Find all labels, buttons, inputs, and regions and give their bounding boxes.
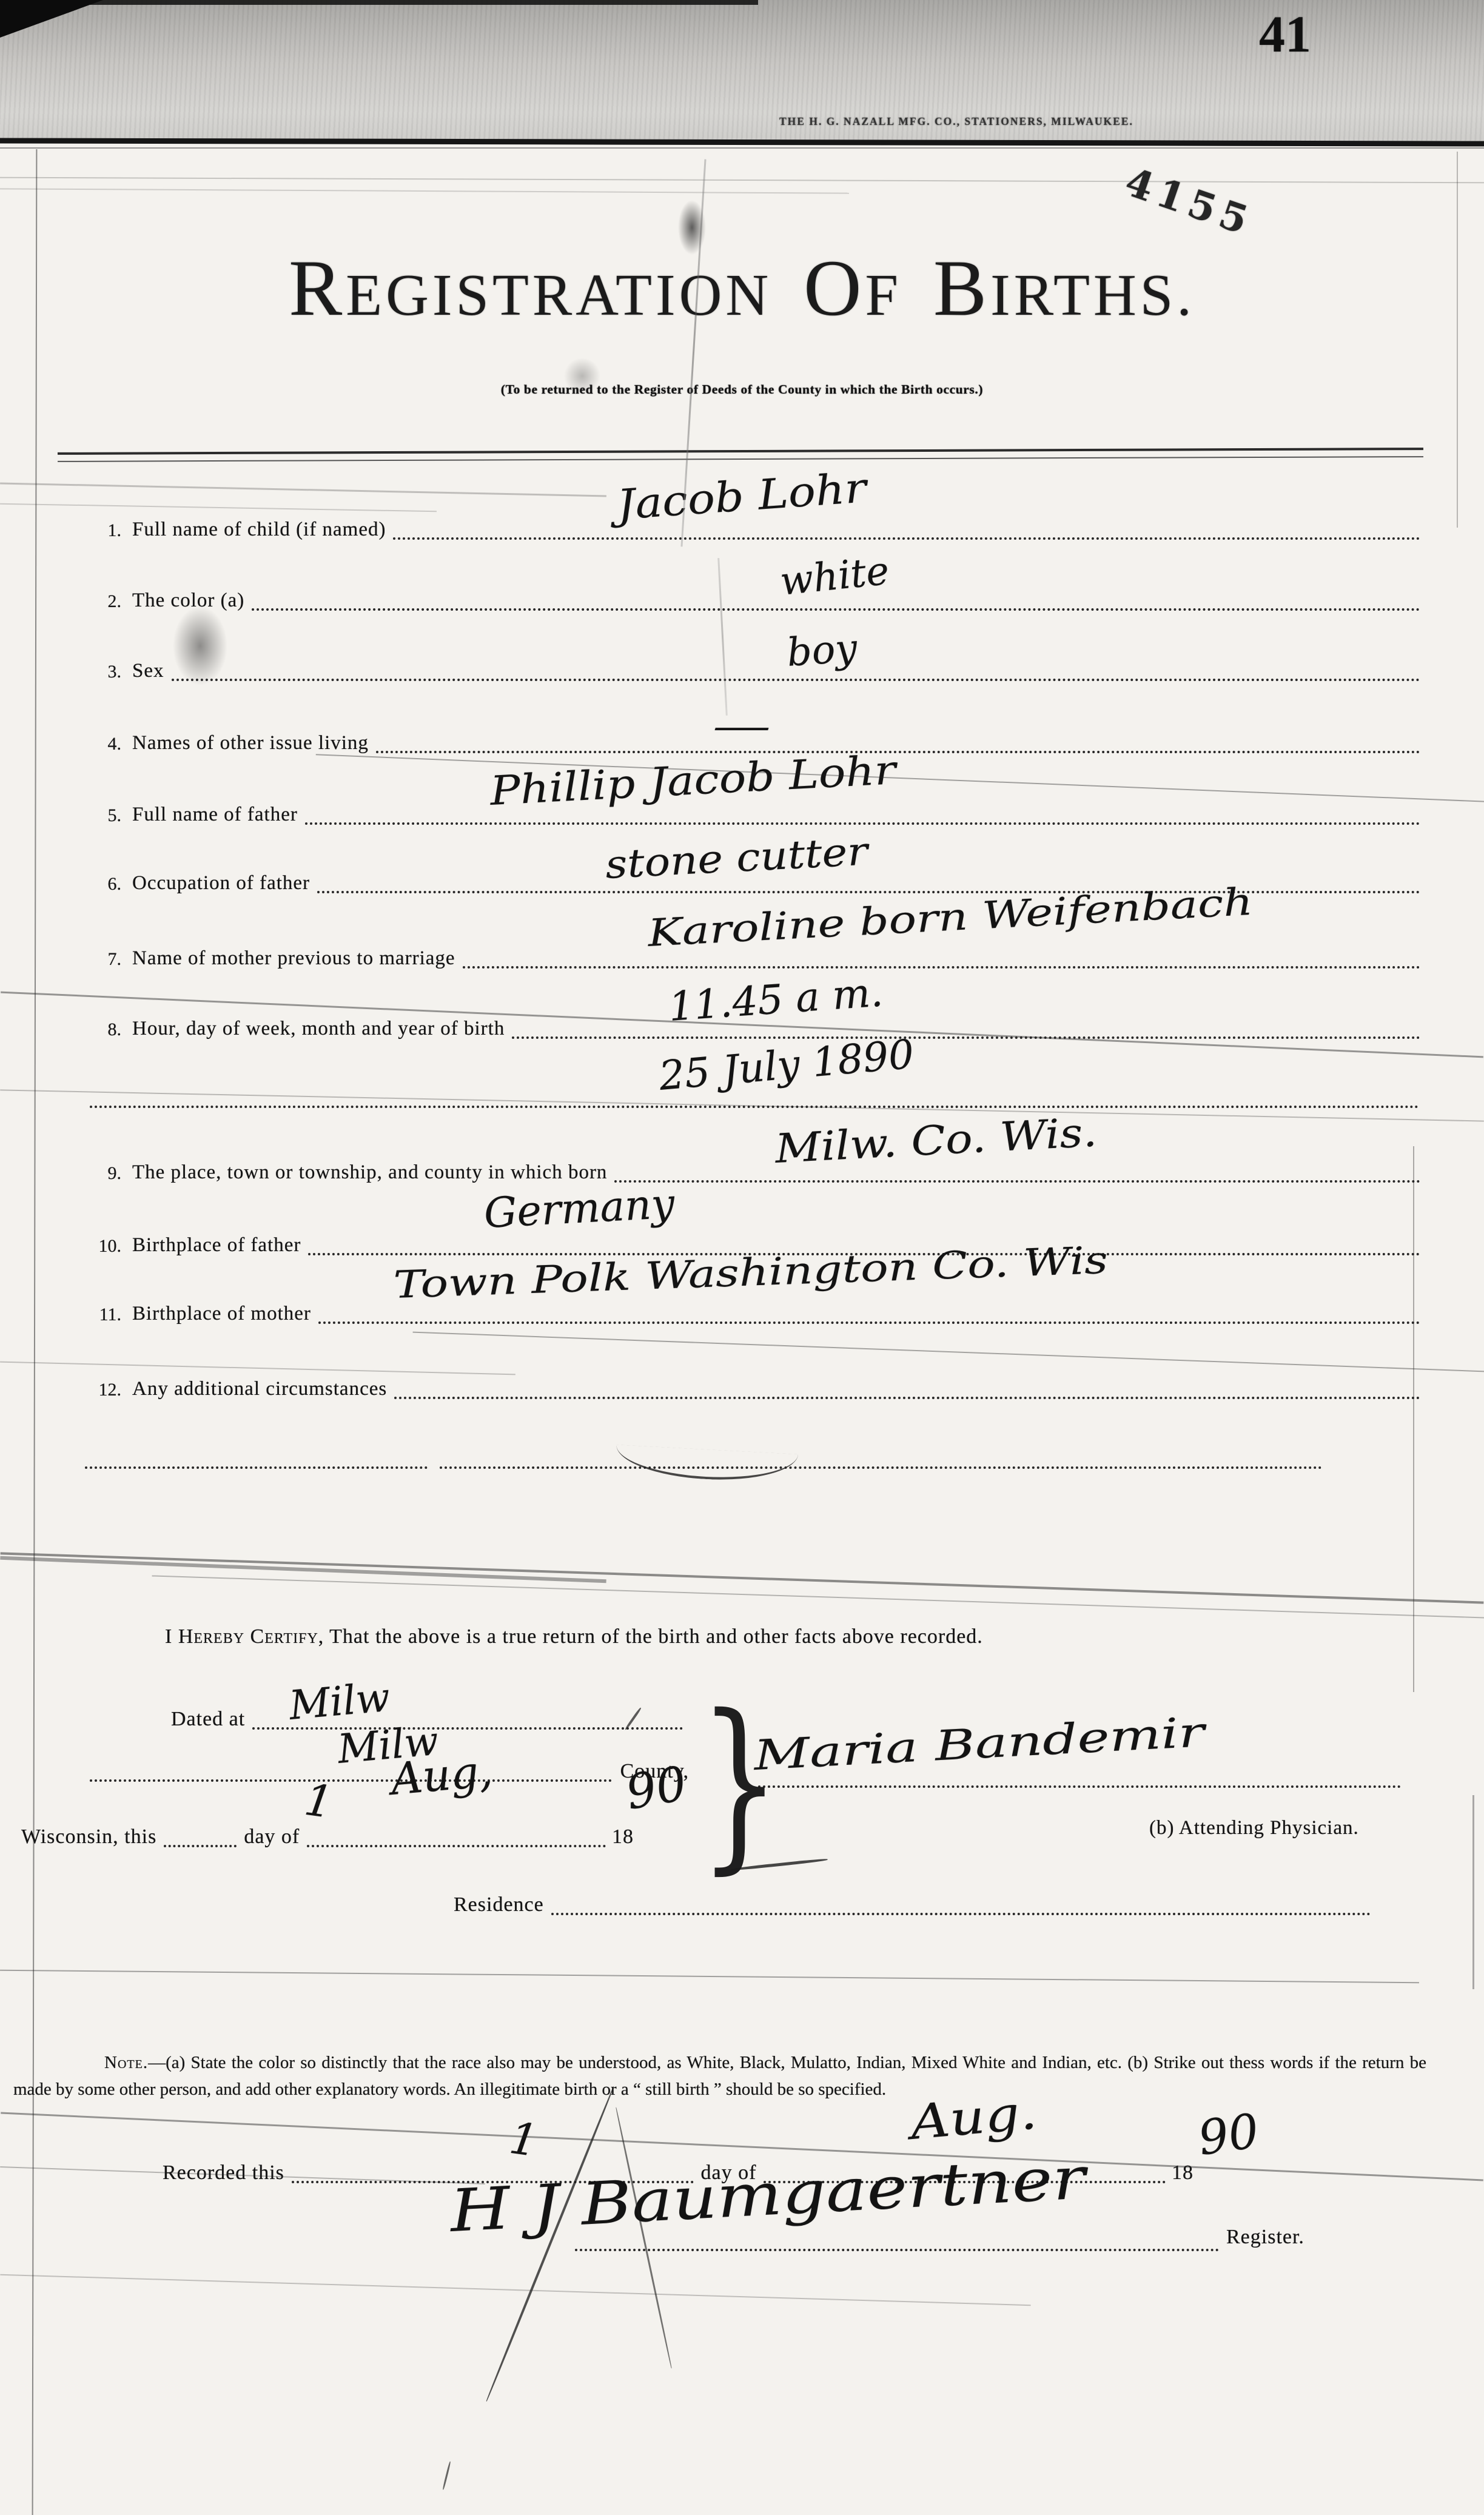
- field-number: 3.: [90, 663, 121, 681]
- title-word: of: [804, 241, 902, 334]
- handwriting-year: 90: [622, 1760, 690, 1817]
- curly-brace: }: [699, 1691, 781, 1876]
- field-row-11: 11. Birthplace of mother: [90, 1294, 1420, 1324]
- ink-smudge: [564, 358, 600, 394]
- certify-intro: I Hereby Certify,: [165, 1625, 324, 1648]
- dotted-line-extra: [440, 1466, 1322, 1469]
- dotted-line: [317, 891, 1420, 893]
- field-number: 6.: [90, 875, 121, 893]
- year-prefix: 18: [612, 1827, 634, 1847]
- dotted-line-extra: [85, 1466, 428, 1469]
- pen-flourish: [615, 1445, 798, 1484]
- double-rule: [58, 448, 1423, 462]
- residence-row: Residence: [454, 1885, 1371, 1915]
- dotted-line: [376, 751, 1420, 753]
- field-number: 5.: [90, 807, 121, 825]
- dotted-line: [318, 1321, 1420, 1324]
- field-row-9: 9. The place, town or township, and coun…: [90, 1152, 1420, 1183]
- dotted-line: [614, 1180, 1420, 1183]
- field-number: 12.: [90, 1381, 121, 1399]
- state-label: Wisconsin, this: [21, 1827, 156, 1847]
- field-label: Hour, day of week, month and year of bir…: [132, 1019, 505, 1039]
- field-label: The color (a): [132, 591, 244, 611]
- dotted-line: [551, 1913, 1371, 1915]
- field-label: Name of mother previous to marriage: [132, 949, 455, 969]
- dotted-line: [512, 1036, 1420, 1039]
- scan-artifact-line: [0, 1970, 1419, 1983]
- field-number: 10.: [90, 1237, 121, 1255]
- day-of-label: day of: [244, 1827, 300, 1847]
- handwriting-father-birthplace: Germany: [483, 1184, 675, 1235]
- page-fold-line-right: [1413, 1146, 1414, 1692]
- residence-label: Residence: [454, 1895, 544, 1915]
- scan-corner-wedge: [0, 0, 103, 38]
- dotted-line: [172, 679, 1421, 681]
- dotted-line: [307, 1845, 606, 1847]
- handwriting-birth-date: 25 July 1890: [657, 1035, 915, 1096]
- dotted-line: [463, 966, 1420, 969]
- pen-stroke: [615, 2107, 672, 2368]
- field-number: 7.: [90, 950, 121, 969]
- field-row-3: 3. Sex: [90, 651, 1420, 681]
- field-label: Sex: [132, 661, 164, 681]
- certify-body: That the above is a true return of the b…: [324, 1625, 983, 1648]
- note-label: Note.: [104, 2053, 148, 2072]
- field-row-2: 2. The color (a): [90, 580, 1420, 611]
- field-number: 1.: [90, 522, 121, 540]
- handwriting-physician-signature: Maria Bandemir: [753, 1712, 1205, 1777]
- scan-artifact-line: [0, 177, 1484, 184]
- field-number: 11.: [90, 1306, 121, 1324]
- attending-physician-label: (b) Attending Physician.: [1149, 1818, 1359, 1838]
- note-body: —(a) State the color so distinctly that …: [13, 2053, 1426, 2099]
- field-row-12: 12. Any additional circumstances: [90, 1369, 1420, 1399]
- dotted-line-signature: [758, 1785, 1401, 1788]
- field-label: Birthplace of mother: [132, 1304, 311, 1324]
- dotted-line: [164, 1845, 237, 1847]
- scan-artifact-line: [0, 483, 606, 497]
- stamped-number: 4155: [1120, 159, 1260, 246]
- pen-stroke: [485, 2086, 614, 2402]
- field-number: 2.: [90, 593, 121, 611]
- field-label: Occupation of father: [132, 873, 310, 893]
- note-paragraph: Note.—(a) State the color so distinctly …: [13, 2050, 1426, 2103]
- handwriting-month: Aug,: [389, 1749, 494, 1801]
- page-edge-line: [1472, 1795, 1474, 1989]
- handwriting-recorded-month: Aug.: [908, 2089, 1038, 2147]
- register-label: Register.: [1226, 2227, 1304, 2248]
- dotted-line: [252, 1727, 683, 1730]
- handwriting-color: white: [778, 552, 891, 602]
- handwriting-dated-at: Milw: [287, 1677, 391, 1726]
- field-number: 4.: [90, 735, 121, 753]
- handwriting-sex: boy: [786, 629, 859, 673]
- title-word: Births.: [933, 241, 1195, 334]
- dotted-line: [90, 1779, 612, 1782]
- field-label: Any additional circumstances: [132, 1379, 387, 1399]
- field-number: 9.: [90, 1164, 121, 1183]
- pen-mark-bottom: [442, 2461, 451, 2490]
- field-number: 8.: [90, 1021, 121, 1039]
- handwriting-recorded-year: 90: [1195, 2107, 1261, 2163]
- dated-at-label: Dated at: [171, 1709, 245, 1730]
- field-label: The place, town or township, and county …: [132, 1163, 607, 1183]
- scan-artifact-line: [0, 2274, 1030, 2306]
- dotted-line: [252, 608, 1420, 611]
- page-number: 41: [1259, 4, 1311, 64]
- field-label: Names of other issue living: [132, 733, 369, 753]
- dotted-line-register: [575, 2249, 1219, 2251]
- printer-imprint: THE H. G. NAZALL MFG. CO., STATIONERS, M…: [779, 115, 1133, 128]
- page-edge-line: [1457, 152, 1458, 528]
- document-title: RegistrationofBirths.: [0, 241, 1484, 334]
- dotted-line: [305, 822, 1420, 825]
- header-rule-thin: [0, 147, 1484, 149]
- certification-statement: I Hereby Certify, That the above is a tr…: [165, 1627, 983, 1647]
- document-subtitle: (To be returned to the Register of Deeds…: [0, 382, 1484, 397]
- dotted-line: [394, 1397, 1420, 1399]
- handwriting-other-issue: —: [713, 708, 771, 745]
- ink-smudge: [678, 200, 706, 255]
- dotted-line: [393, 537, 1420, 540]
- scan-artifact-line: [413, 1332, 1484, 1372]
- field-label: Birthplace of father: [132, 1235, 301, 1255]
- scan-artifact-line: [0, 188, 849, 193]
- field-label: Full name of child (if named): [132, 520, 386, 540]
- ink-smudge: [173, 606, 227, 685]
- field-label: Full name of father: [132, 805, 298, 825]
- scan-edge-strip: [0, 0, 758, 5]
